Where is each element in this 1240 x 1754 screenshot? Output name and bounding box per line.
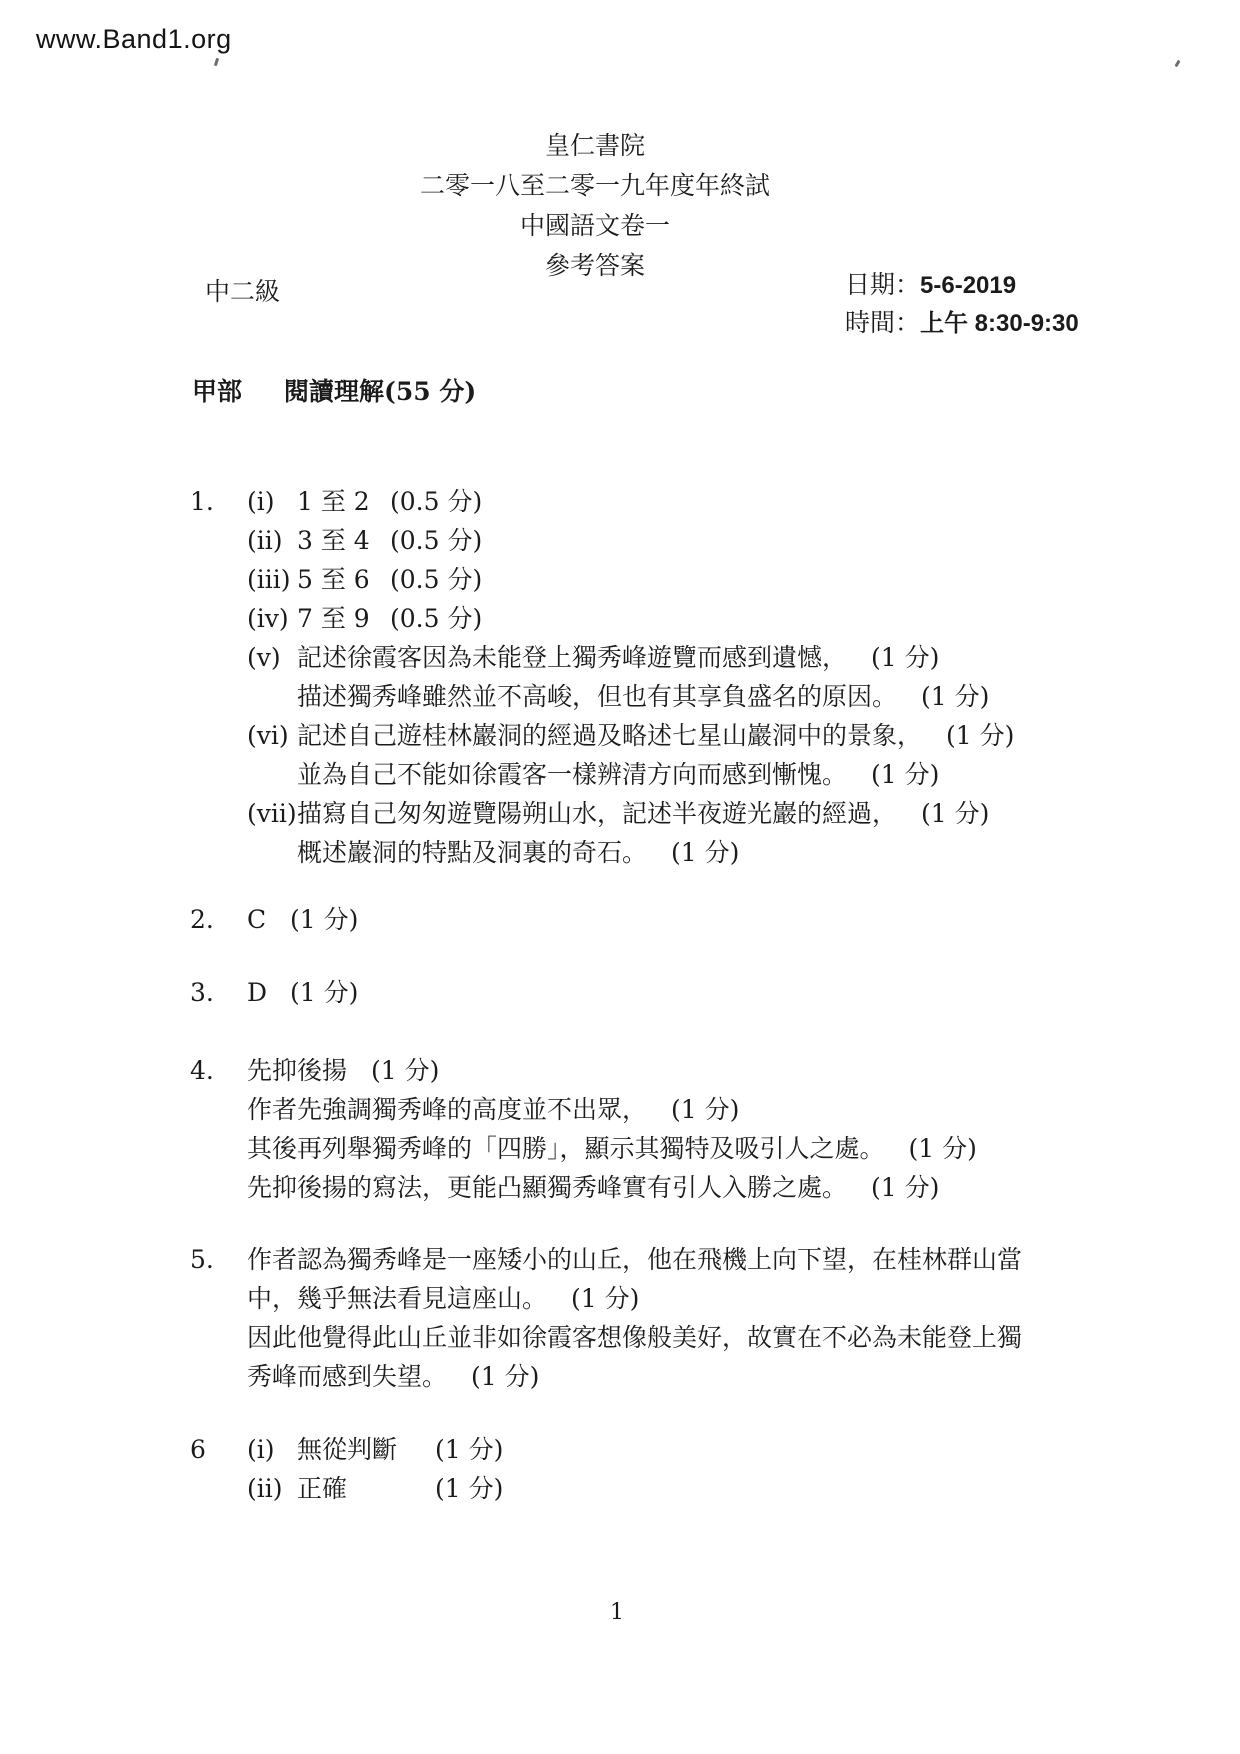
item-marker: (i) <box>247 1430 297 1469</box>
answer-row: 4. 先抑後揚 (1 分) <box>190 1051 1190 1090</box>
answer-row: 秀峰而感到失望。 (1 分) <box>190 1357 1190 1396</box>
answer-row: 中，幾乎無法看見這座山。 (1 分) <box>190 1279 1190 1318</box>
item-marker: (v) <box>247 638 297 677</box>
marks-label: (1 分) <box>909 1129 977 1168</box>
answer-row: 作者先強調獨秀峰的高度並不出眾， (1 分) <box>190 1090 1190 1129</box>
answer-row: 其後再列舉獨秀峰的「四勝」，顯示其獨特及吸引人之處。 (1 分) <box>190 1129 1190 1168</box>
answer-text: 7 至 9 <box>297 599 390 638</box>
item-marker: (vii) <box>247 794 297 833</box>
answer-row: 概述巖洞的特點及洞裏的奇石。 (1 分) <box>190 833 1190 872</box>
school-name: 皇仁書院 <box>0 126 1190 166</box>
answer-text: 描述獨秀峰雖然並不高峻，但也有其享負盛名的原因。 <box>297 677 897 716</box>
answer-row: (ii) 3 至 4 (0.5 分) <box>190 521 1190 560</box>
answer-text: 先抑後揚的寫法，更能凸顯獨秀峰實有引人入勝之處。 <box>247 1168 847 1207</box>
answer-row: (vii) 描寫自己匆匆遊覽陽朔山水，記述半夜遊光巖的經過， (1 分) <box>190 794 1190 833</box>
answer-text: 秀峰而感到失望。 <box>247 1357 447 1396</box>
marks-label: (1 分) <box>290 973 358 1012</box>
question-3: 3. D (1 分) <box>190 973 1190 1012</box>
answer-text: 其後再列舉獨秀峰的「四勝」，顯示其獨特及吸引人之處。 <box>247 1129 885 1168</box>
question-number: 2. <box>190 900 247 939</box>
answer-row: (v) 記述徐霞客因為未能登上獨秀峰遊覽而感到遺憾， (1 分) <box>190 638 1190 677</box>
section-heading: 甲部閱讀理解(55 分) <box>192 372 476 408</box>
answer-row: 因此他覺得此山丘並非如徐霞客想像般美好，故實在不必為未能登上獨 <box>190 1318 1190 1357</box>
marks-label: (1 分) <box>571 1279 639 1318</box>
question-2: 2. C (1 分) <box>190 900 1190 939</box>
marks-label: (1 分) <box>435 1469 503 1508</box>
page-number: 1 <box>0 1600 1234 1625</box>
answer-text: 先抑後揚 <box>247 1051 347 1090</box>
question-4: 4. 先抑後揚 (1 分) 作者先強調獨秀峰的高度並不出眾， (1 分) 其後再… <box>190 1051 1190 1207</box>
answer-text: 作者先強調獨秀峰的高度並不出眾， <box>247 1090 647 1129</box>
answer-row: 3. D (1 分) <box>190 973 1190 1012</box>
scan-speck <box>214 58 219 67</box>
answer-row: 先抑後揚的寫法，更能凸顯獨秀峰實有引人入勝之處。 (1 分) <box>190 1168 1190 1207</box>
answer-row: 並為自己不能如徐霞客一樣辨清方向而感到慚愧。 (1 分) <box>190 755 1190 794</box>
answer-text: 概述巖洞的特點及洞裏的奇石。 <box>297 833 647 872</box>
marks-label: (0.5 分) <box>390 599 482 638</box>
item-marker: (ii) <box>247 1469 297 1508</box>
marks-label: (1 分) <box>671 833 739 872</box>
item-marker: (vi) <box>247 716 297 755</box>
marks-label: (0.5 分) <box>390 521 482 560</box>
paper-name: 中國語文卷一 <box>0 206 1190 246</box>
answer-text: 並為自己不能如徐霞客一樣辨清方向而感到慚愧。 <box>297 755 847 794</box>
exam-time: 時間：上午 8:30-9:30 <box>845 304 1079 342</box>
item-marker: (iii) <box>247 560 297 599</box>
marks-label: (1 分) <box>946 716 1014 755</box>
answers-list: 1. (i) 1 至 2 (0.5 分) (ii) 3 至 4 (0.5 分) … <box>190 482 1190 1508</box>
answer-text: 正確 <box>297 1469 435 1508</box>
marks-label: (1 分) <box>290 900 358 939</box>
answer-row: 1. (i) 1 至 2 (0.5 分) <box>190 482 1190 521</box>
answer-text: 1 至 2 <box>297 482 390 521</box>
answer-row: (ii) 正確 (1 分) <box>190 1469 1190 1508</box>
question-number: 3. <box>190 973 247 1012</box>
exam-datetime-block: 日期：5-6-2019 時間：上午 8:30-9:30 <box>845 266 1079 342</box>
answer-text: 記述徐霞客因為未能登上獨秀峰遊覽而感到遺憾， <box>297 638 847 677</box>
question-6: 6 (i) 無從判斷 (1 分) (ii) 正確 (1 分) <box>190 1430 1190 1508</box>
date-value: 5-6-2019 <box>920 272 1016 299</box>
marks-label: (1 分) <box>471 1357 539 1396</box>
marks-label: (0.5 分) <box>390 482 482 521</box>
class-level: 中二級 <box>205 272 280 308</box>
answer-text: 描寫自己匆匆遊覽陽朔山水，記述半夜遊光巖的經過， <box>297 794 897 833</box>
item-marker: (i) <box>247 482 297 521</box>
time-value: 上午 8:30-9:30 <box>920 310 1079 337</box>
question-number: 1. <box>190 482 247 521</box>
marks-label: (1 分) <box>371 1051 439 1090</box>
marks-label: (1 分) <box>871 1168 939 1207</box>
answer-row: 描述獨秀峰雖然並不高峻，但也有其享負盛名的原因。 (1 分) <box>190 677 1190 716</box>
watermark-url: www.Band1.org <box>36 24 232 55</box>
scan-speck <box>1174 60 1180 68</box>
answer-row: 6 (i) 無從判斷 (1 分) <box>190 1430 1190 1469</box>
answer-text: 中，幾乎無法看見這座山。 <box>247 1279 547 1318</box>
marks-label: (1 分) <box>435 1430 503 1469</box>
section-title: 閱讀理解(55 分) <box>284 377 476 406</box>
section-part: 甲部 <box>192 377 242 406</box>
marks-label: (1 分) <box>871 755 939 794</box>
answer-text: 作者認為獨秀峰是一座矮小的山丘，他在飛機上向下望，在桂林群山當 <box>247 1240 1022 1279</box>
document-title-block: 皇仁書院 二零一八至二零一九年度年終試 中國語文卷一 參考答案 <box>0 126 1190 286</box>
answer-row: (iii) 5 至 6 (0.5 分) <box>190 560 1190 599</box>
question-number: 4. <box>190 1051 247 1090</box>
answer-text: D <box>247 973 290 1012</box>
question-number: 5. <box>190 1240 247 1279</box>
answer-row: (iv) 7 至 9 (0.5 分) <box>190 599 1190 638</box>
exam-session: 二零一八至二零一九年度年終試 <box>0 166 1190 206</box>
answer-text: 記述自己遊桂林巖洞的經過及略述七星山巖洞中的景象， <box>297 716 922 755</box>
answer-text: C <box>247 900 290 939</box>
marks-label: (1 分) <box>921 794 989 833</box>
item-marker: (iv) <box>247 599 297 638</box>
answer-text: 3 至 4 <box>297 521 390 560</box>
marks-label: (1 分) <box>921 677 989 716</box>
answer-text: 因此他覺得此山丘並非如徐霞客想像般美好，故實在不必為未能登上獨 <box>247 1318 1022 1357</box>
marks-label: (1 分) <box>871 638 939 677</box>
exam-date: 日期：5-6-2019 <box>845 266 1079 304</box>
question-5: 5. 作者認為獨秀峰是一座矮小的山丘，他在飛機上向下望，在桂林群山當 中，幾乎無… <box>190 1240 1190 1396</box>
answer-row: (vi) 記述自己遊桂林巖洞的經過及略述七星山巖洞中的景象， (1 分) <box>190 716 1190 755</box>
question-1: 1. (i) 1 至 2 (0.5 分) (ii) 3 至 4 (0.5 分) … <box>190 482 1190 872</box>
date-label: 日期： <box>845 270 920 299</box>
item-marker: (ii) <box>247 521 297 560</box>
marks-label: (0.5 分) <box>390 560 482 599</box>
answer-row: 2. C (1 分) <box>190 900 1190 939</box>
answer-text: 5 至 6 <box>297 560 390 599</box>
answer-text: 無從判斷 <box>297 1430 435 1469</box>
answer-row: 5. 作者認為獨秀峰是一座矮小的山丘，他在飛機上向下望，在桂林群山當 <box>190 1240 1190 1279</box>
scanned-answer-sheet: www.Band1.org 皇仁書院 二零一八至二零一九年度年終試 中國語文卷一… <box>0 0 1240 1754</box>
marks-label: (1 分) <box>671 1090 739 1129</box>
question-number: 6 <box>190 1430 247 1469</box>
time-label: 時間： <box>845 308 920 337</box>
